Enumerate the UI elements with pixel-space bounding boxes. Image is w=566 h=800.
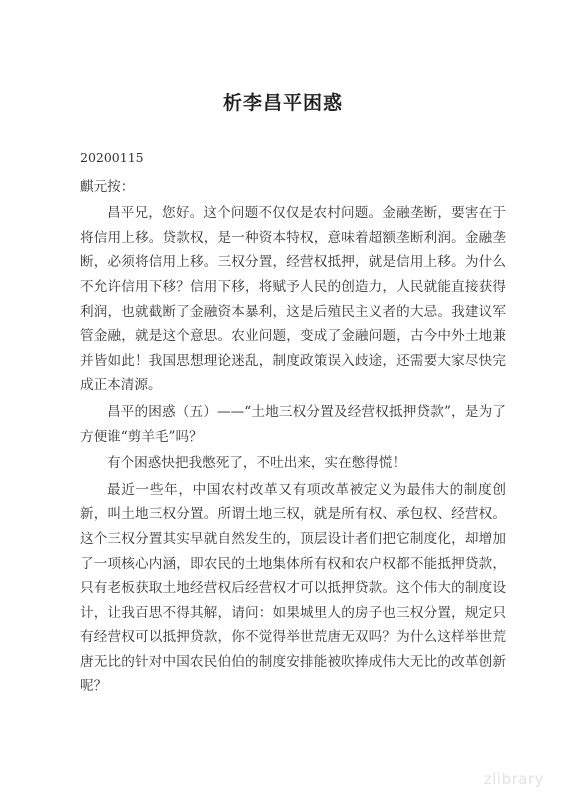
- paragraph: 有个困惑快把我憋死了，不吐出来，实在憋得慌！: [80, 451, 506, 476]
- library-watermark: zlibrary: [484, 770, 544, 788]
- document-title: 析李昌平困惑: [0, 88, 566, 115]
- paragraph: 最近一些年，中国农村改革又有项改革被定义为最伟大的制度创新，叫土地三权分置。所谓…: [80, 478, 506, 699]
- author-note-label: 麒元按：: [80, 175, 506, 200]
- paragraph: 昌平兄，您好。这个问题不仅仅是农村问题。金融垄断，要害在于将信用上移。贷款权，是…: [80, 201, 506, 398]
- paragraph: 昌平的困惑（五）——“土地三权分置及经营权抵押贷款”，是为了方便谁“剪羊毛”吗？: [80, 400, 506, 449]
- document-date: 20200115: [80, 146, 506, 171]
- document-body: 20200115 麒元按： 昌平兄，您好。这个问题不仅仅是农村问题。金融垄断，要…: [80, 146, 506, 701]
- document-page: 析李昌平困惑 20200115 麒元按： 昌平兄，您好。这个问题不仅仅是农村问题…: [0, 0, 566, 800]
